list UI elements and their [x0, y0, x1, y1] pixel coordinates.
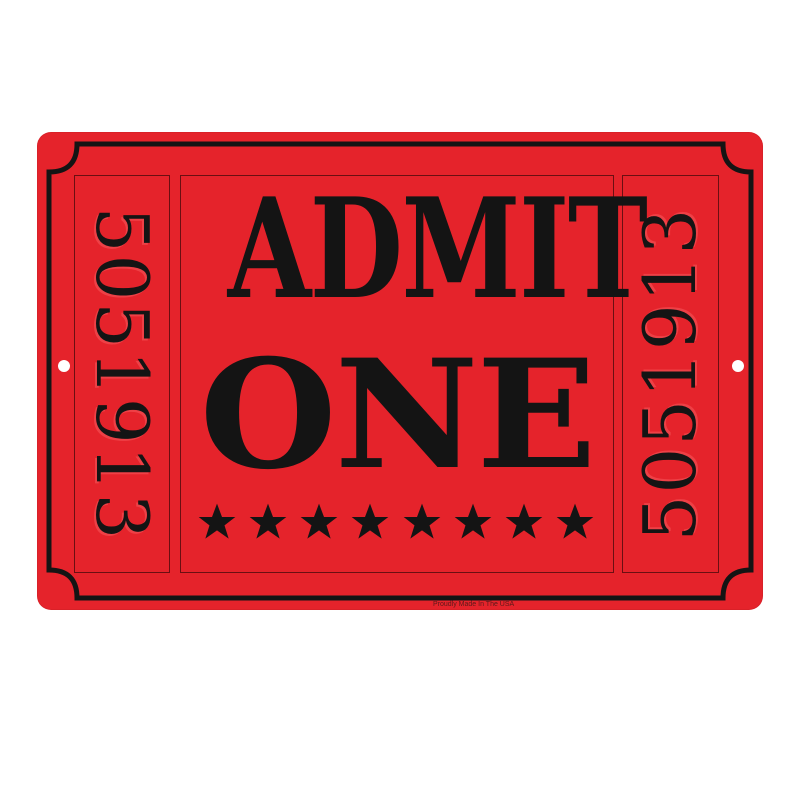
star-icon [452, 502, 494, 542]
star-icon [196, 502, 238, 542]
serial-number-left: 5051913 [86, 207, 158, 542]
mounting-hole-left [58, 360, 70, 372]
star-icon [503, 502, 545, 542]
star-icon [349, 502, 391, 542]
star-icon [298, 502, 340, 542]
star-icon [554, 502, 596, 542]
made-in-usa-label: Proudly Made In The USA [433, 601, 514, 608]
headline-one: ONE [169, 340, 625, 490]
star-icon [401, 502, 443, 542]
star-row [196, 502, 596, 542]
mounting-hole-right [732, 360, 744, 372]
headline-admit: ADMIT [228, 180, 567, 318]
star-icon [247, 502, 289, 542]
